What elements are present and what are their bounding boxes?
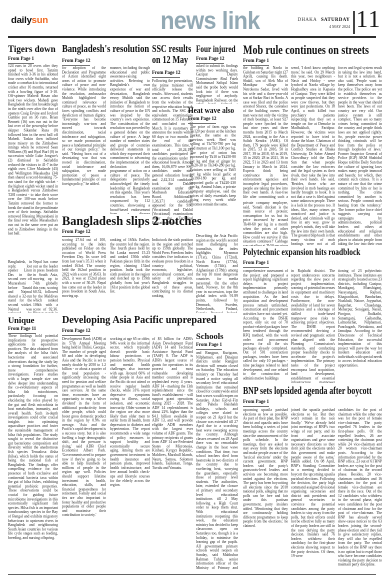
four-injured-kicker: From Page 12	[196, 57, 224, 64]
brand-sun: sun	[32, 15, 48, 26]
brand-daily: daily	[11, 15, 32, 26]
slips-headline: Bangladesh slips 2 notches	[62, 214, 209, 228]
city-label: DHAKA	[298, 18, 317, 23]
bnp-headline: BNP sets lopsided agenda after boycott	[243, 387, 384, 398]
news-link-logo: news link	[150, 7, 270, 36]
date-block: DHAKA SATURDAY 4 MAY 2024	[270, 14, 350, 29]
mob-rule-kicker: From Page 1	[243, 59, 269, 66]
developing-headline: Developing Asia Pacific unprepared	[62, 315, 230, 326]
polytechnic-body-col1: comprehensive assessment of the project …	[243, 269, 288, 383]
bnp-body-col1: upcoming upazila parishad elections as f…	[243, 408, 288, 570]
polytechnic-body-col2: in Rajshahi district. The report undersc…	[291, 269, 335, 383]
date-label: 4 MAY 2024	[270, 24, 350, 30]
ssc-results-kicker: From Page 12	[152, 71, 180, 78]
masthead-divider	[353, 11, 355, 34]
resolution-body-col2: manner, including through educational an…	[110, 66, 150, 214]
tigers-down-body: 124 runs in 20 overs after they opted to…	[8, 64, 58, 258]
newspaper-page: dailysun news link DHAKA SATURDAY 4 MAY …	[0, 0, 384, 581]
unique-kicker: From Page 11	[8, 327, 36, 334]
slips-body-tail: Nepal has come out as the leader in pres…	[33, 260, 58, 313]
slips-body-col3: India took the sixth position in the reg…	[152, 238, 193, 313]
resolution-body-col1: for adoption of the Declaration and Prog…	[62, 66, 106, 214]
schools-kicker: From Page 1	[196, 343, 222, 350]
masthead-rule	[8, 36, 376, 38]
four-injured-body: asked to submit its findings within two …	[196, 64, 238, 104]
day-label: SATURDAY	[321, 18, 350, 23]
heat-wave-body-jump: private company employee, said, 'Sonali …	[243, 201, 288, 246]
schools-body: and Rangpur, Kurigram, Nilphamari, and D…	[196, 351, 238, 570]
mob-rule-headline: Mob rule continues on streets	[243, 44, 384, 57]
slips-body-col2: ranking of 165th. Earlier, the country l…	[110, 238, 150, 313]
four-injured-headline: Four injured	[196, 45, 245, 54]
polytechnic-body-col3: tioning of 23 polytechnic institutes. Th…	[338, 269, 382, 383]
mob-rule-body-col2: wend, 'I don't know anything more,' he s…	[291, 66, 335, 246]
slips-kicker: From Page 12	[62, 230, 90, 237]
bnp-kicker: From Page 1	[243, 400, 269, 407]
heat-wave-headline: Heat wave also	[188, 106, 242, 115]
schools-headline: Schools	[196, 332, 223, 341]
mob-rule-body-col1: the building at Narda in Gulshan on Satu…	[243, 66, 288, 199]
ssc-results-body: Following the presentation, the prime mi…	[152, 79, 193, 255]
unique-body: These findings hold potential implicatio…	[8, 334, 58, 570]
ssc-results-headline: SSC results on 12 May	[152, 44, 201, 66]
mob-rule-body-col3: forces and legal system result in taking…	[338, 66, 382, 246]
polytechnic-headline: Polytechnic expansion hits roadblock	[243, 249, 384, 259]
developing-body-col1: Development Bank (ADB) at its 57th Annua…	[62, 337, 106, 570]
slips-body-col4: Describing the Asia Pacific region as th…	[196, 234, 238, 313]
daily-sun-logo: dailysun	[11, 15, 48, 26]
resolution-kicker: From Page 12	[62, 59, 90, 66]
tigers-down-headline: Tigers down	[8, 45, 56, 54]
polytechnic-kicker: From Page 1	[243, 261, 269, 268]
bottom-rule	[8, 574, 376, 575]
heat-wave-kicker: From Page 12	[188, 117, 216, 124]
bnp-body-col3: candidates for the post of chairman whil…	[338, 408, 382, 570]
heat-wave-body: The price of farm eggs was Tk120 per doz…	[190, 125, 236, 212]
tigers-down-body-tail: Bangladesh, in reply, lost opener Liton …	[8, 260, 32, 313]
developing-kicker: From Page 12	[62, 329, 90, 336]
developing-body-col3: of $3 billion for ADB's Asian Developmen…	[152, 337, 193, 570]
unique-headline: Unique	[8, 316, 34, 325]
slips-body-col1: scoring 27.64 out of 100, according to t…	[62, 238, 106, 313]
developing-body-col2: working at age 65 or older, 94% work in …	[110, 337, 150, 570]
tigers-down-kicker: From Page 1	[8, 57, 34, 64]
bnp-body-col2: joined the upazila parishad elections so…	[291, 408, 335, 570]
page-number: 11	[356, 7, 381, 34]
